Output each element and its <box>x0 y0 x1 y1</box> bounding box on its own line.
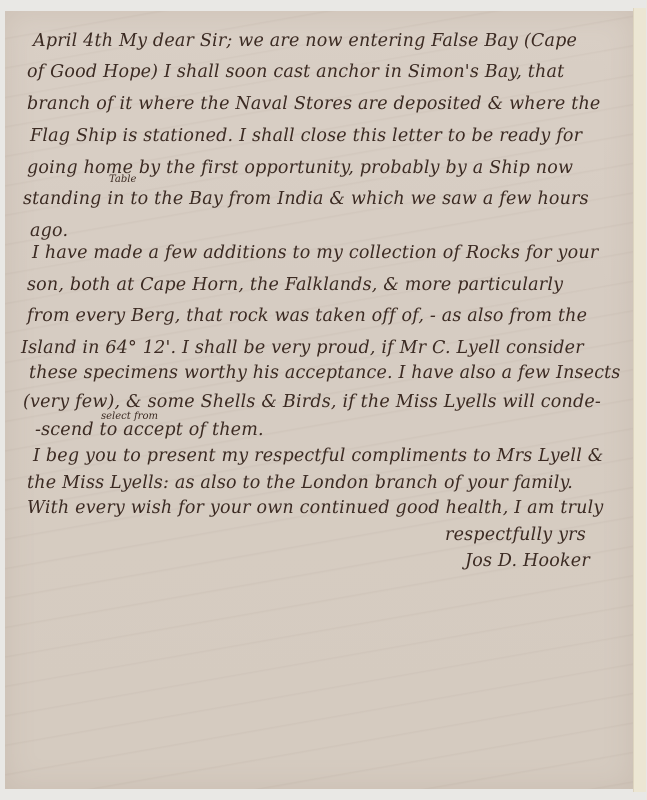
letter-line-10: from every Berg, that rock was taken off… <box>27 306 587 326</box>
letter-line-7: ago. <box>30 221 68 241</box>
signature: Jos D. Hooker <box>465 551 590 571</box>
letter-line-14: -scend to accept of them. <box>35 420 264 440</box>
letter-page: April 4th My dear Sir; we are now enteri… <box>5 11 633 789</box>
letter-line-13: (very few), & some Shells & Birds, if th… <box>23 392 601 412</box>
letter-line-12: these specimens worthy his acceptance. I… <box>29 363 621 383</box>
letter-line-11: Island in 64° 12'. I shall be very proud… <box>21 338 584 358</box>
letter-line-1: April 4th My dear Sir; we are now enteri… <box>33 31 577 51</box>
letter-line-9: son, both at Cape Horn, the Falklands, &… <box>27 275 563 295</box>
page-edge-strip <box>633 8 646 792</box>
closing: respectfully yrs <box>445 525 586 545</box>
letter-line-8: I have made a few additions to my collec… <box>32 243 598 263</box>
letter-line-15: I beg you to present my respectful compl… <box>33 446 604 466</box>
letter-line-17: With every wish for your own continued g… <box>27 498 604 518</box>
insertion-table: Table <box>109 174 136 185</box>
letter-line-16: the Miss Lyells: as also to the London b… <box>27 473 573 493</box>
letter-line-6: standing in to the Bay from India & whic… <box>23 189 589 209</box>
letter-line-3: branch of it where the Naval Stores are … <box>27 94 600 114</box>
letter-line-4: Flag Ship is stationed. I shall close th… <box>30 126 582 146</box>
letter-line-2: of Good Hope) I shall soon cast anchor i… <box>27 62 564 82</box>
